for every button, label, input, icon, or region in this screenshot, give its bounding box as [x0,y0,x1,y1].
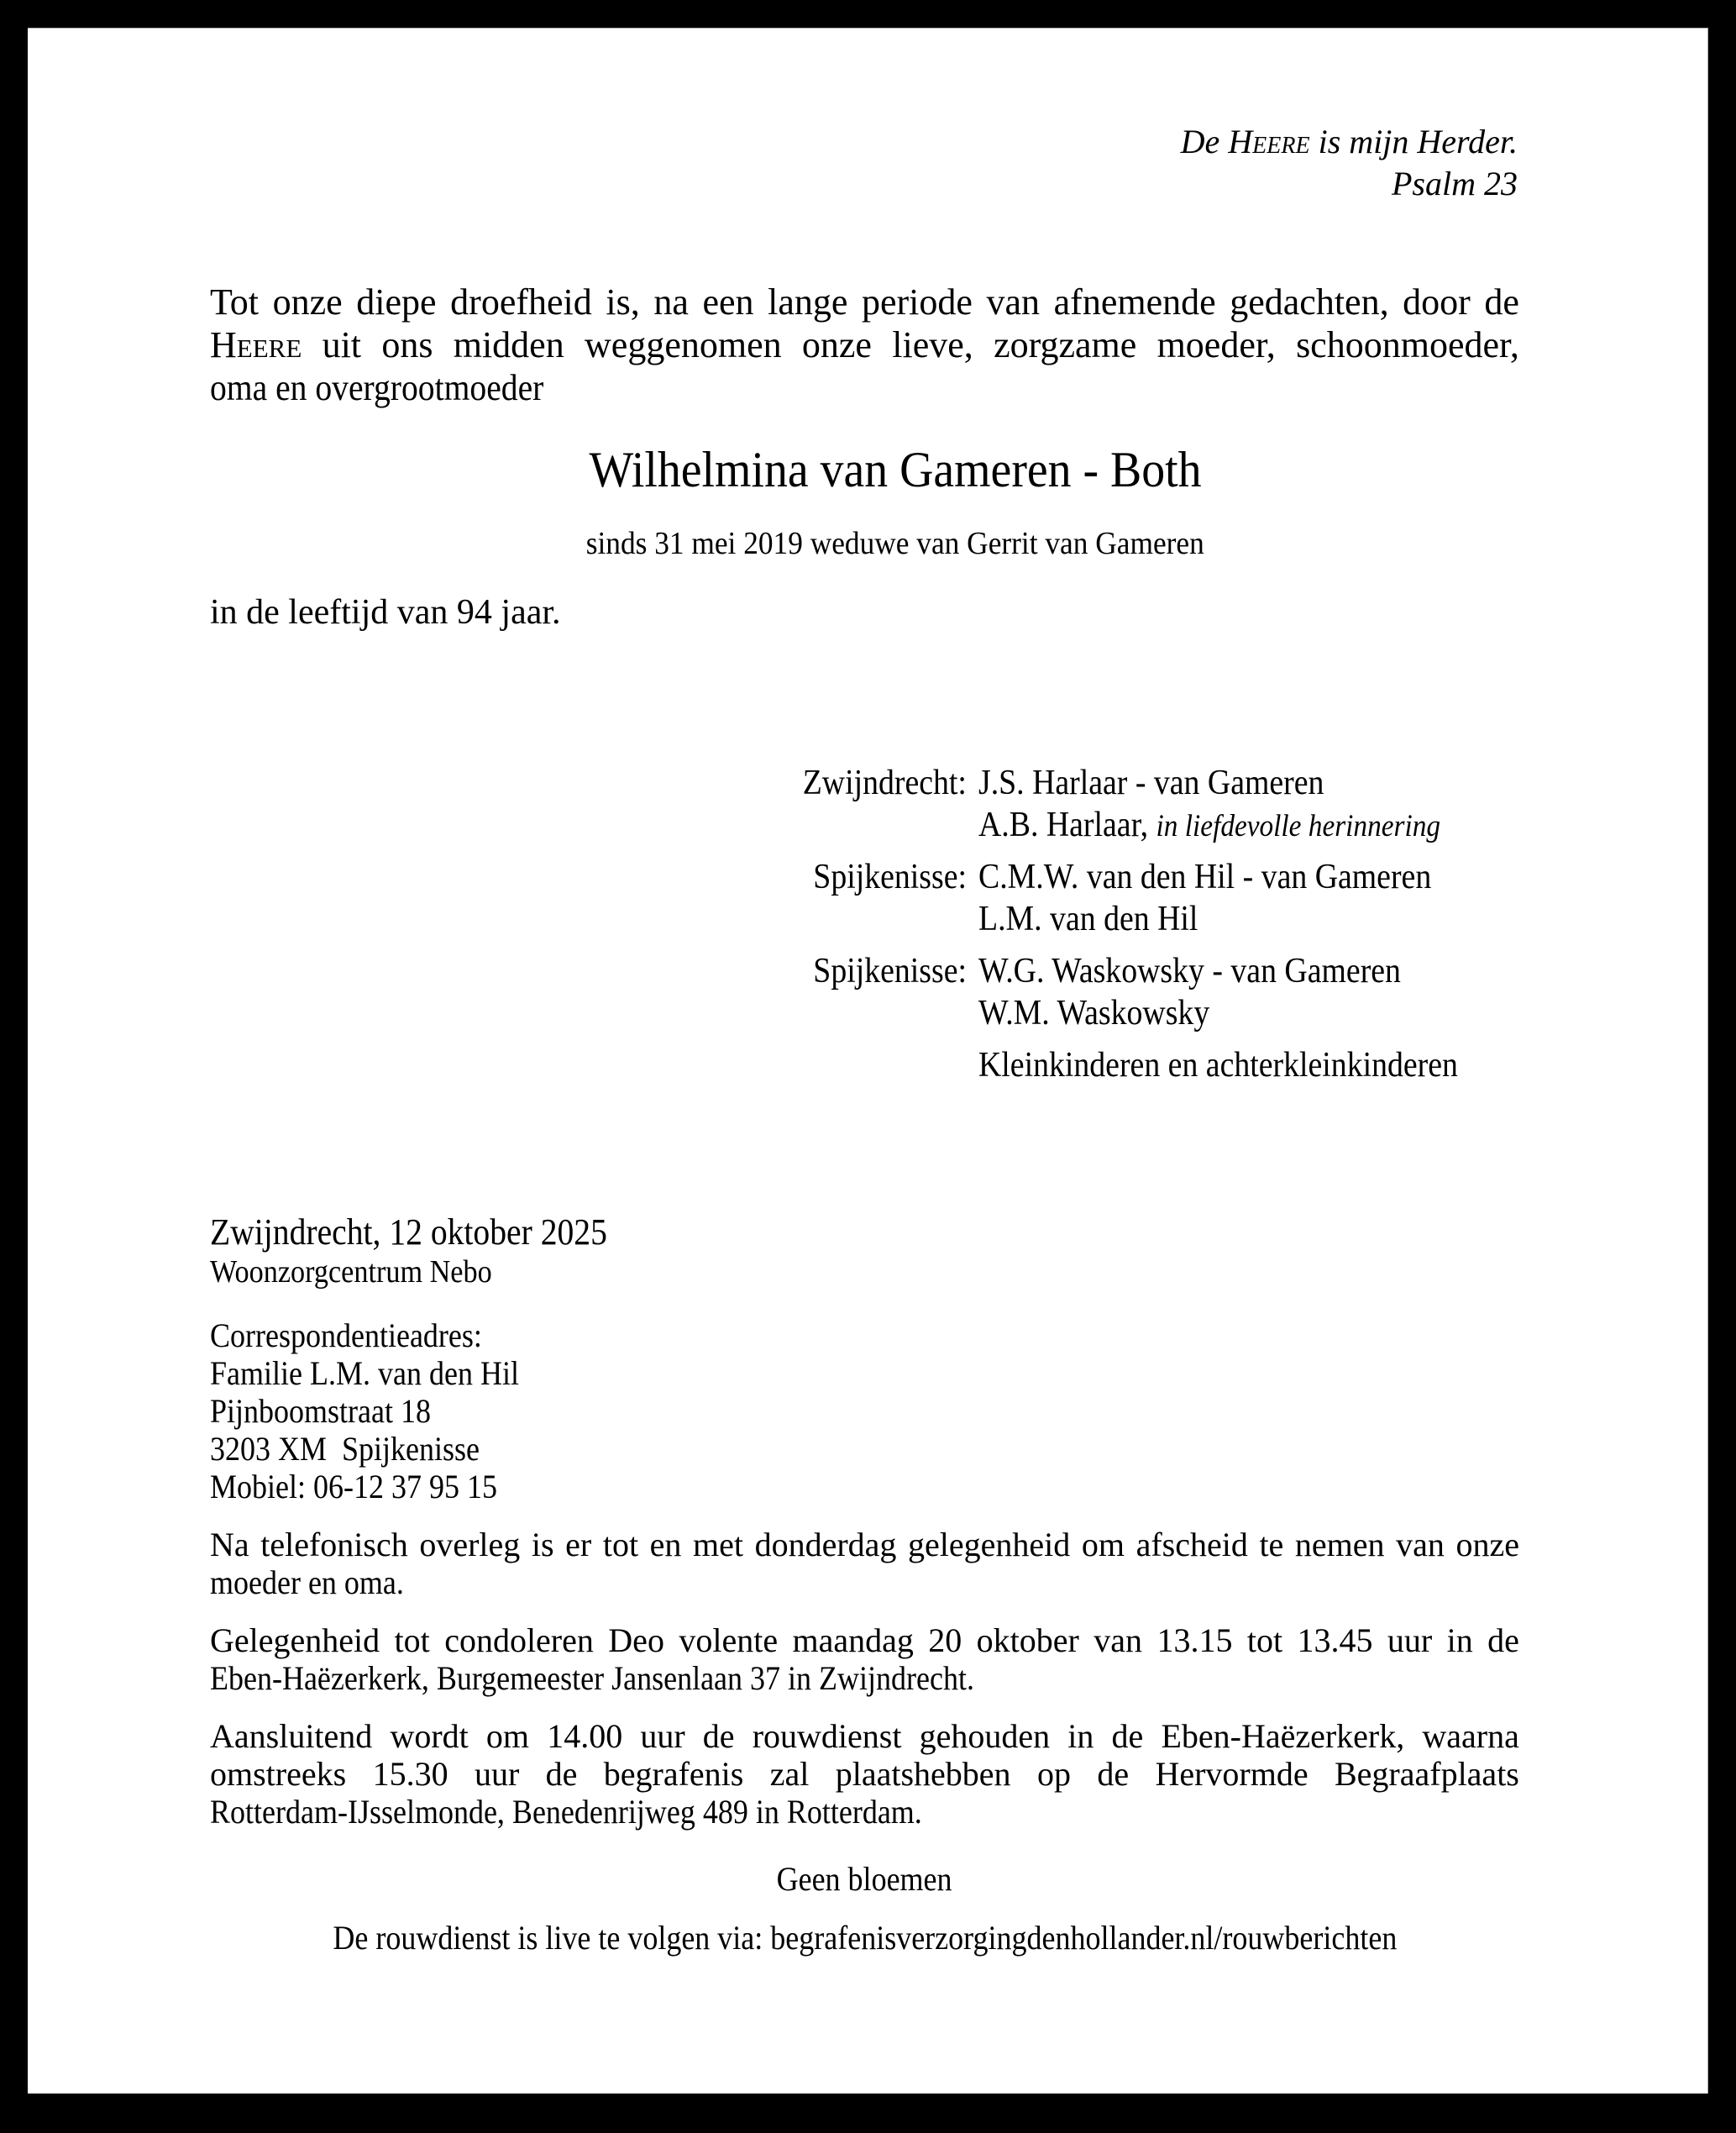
word: omstreeks [210,1755,346,1793]
notice-line: Eben-Haëzerkerk, Burgemeester Jansenlaan… [210,1659,1388,1697]
scripture-motto: De Heere is mijn Herder. Psalm 23 [1181,121,1518,205]
word: Gelegenheid [210,1621,380,1659]
word: van [987,281,1041,323]
notice-line: moeder en oma. [210,1563,1388,1601]
word: ons [381,323,433,366]
word: diepe [356,281,436,323]
family-row: Spijkenisse:C.M.W. van den Hil - van Gam… [448,856,1539,898]
family-place: Zwijndrecht: [448,762,978,804]
word: 14.00 [547,1717,622,1755]
livestream-line: De rouwdienst is live te volgen via: beg… [210,1919,1519,1957]
word: gelegenheid [908,1526,1070,1563]
word: in [1067,1717,1094,1755]
notice-line: Aansluitendwordtom14.00uurderouwdienstge… [210,1717,1519,1755]
word: oktober [977,1621,1079,1659]
word: nemen [1295,1526,1385,1563]
word: Heere [210,323,302,366]
family-list: Zwijndrecht:J.S. Harlaar - van GamerenA.… [448,762,1539,1096]
word: midden [454,323,564,366]
family-member-name: J.S. Harlaar - van Gameren [978,762,1324,804]
intro-line: oma en overgrootmoeder [210,366,1388,409]
word: moeder, [1157,323,1276,366]
word: waarna [1422,1717,1518,1755]
word: plaatshebben [836,1755,1011,1793]
word: is [532,1526,554,1563]
family-place-text: Spijkenisse: [813,856,967,898]
family-member-name: W.G. Waskowsky - van Gameren [978,950,1401,992]
word: een [702,281,753,323]
family-row: W.M. Waskowsky [448,992,1539,1034]
word: lange [768,281,847,323]
family-row: Spijkenisse:W.G. Waskowsky - van Gameren [448,950,1539,992]
family-member-name: L.M. van den Hil [978,898,1198,940]
family-place-text: Zwijndrecht: [803,762,967,804]
motto-reference: Psalm 23 [1181,163,1518,205]
family-place [448,804,978,846]
word: tot [1247,1621,1282,1659]
family-member: A.B. Harlaar, in liefdevolle herinnering [978,804,1492,846]
widow-line: sinds 31 mei 2019 weduwe van Gerrit van … [28,524,1708,563]
word: wordt [390,1717,468,1755]
notice-line: Natelefonischoverlegisertotenmetdonderda… [210,1526,1519,1563]
word: 20 [928,1621,962,1659]
word: van [1094,1621,1142,1659]
family-row: L.M. van den Hil [448,898,1539,940]
word: is, [606,281,639,323]
family-place [448,992,978,1034]
family-member: C.M.W. van den Hil - van Gameren [978,856,1482,898]
word: zorgzame [994,323,1136,366]
family-place [448,898,978,940]
word: de [1484,281,1519,323]
age-line: in de leeftijd van 94 jaar. [210,591,561,633]
notice-paragraph: Aansluitendwordtom14.00uurderouwdienstge… [210,1717,1519,1831]
family-member-note: in liefdevolle herinnering [1156,809,1440,843]
family-member-name: A.B. Harlaar, in liefdevolle herinnering [978,804,1440,848]
family-member: W.M. Waskowsky [978,992,1235,1034]
place-date-line: Zwijndrecht, 12 oktober 2025 [210,1211,607,1253]
intro-paragraph: Totonzediepedroefheidis,naeenlangeperiod… [210,281,1519,409]
word: onze [1455,1526,1519,1563]
address-label: Correspondentieadres: [210,1316,519,1354]
word: condoleren [444,1621,594,1659]
family-member: Kleinkinderen en achterkleinkinderen [978,1044,1511,1086]
word: in [1447,1621,1473,1659]
location-line: Woonzorgcentrum Nebo [210,1253,607,1290]
family-place: Spijkenisse: [448,856,978,898]
word: tot [395,1621,430,1659]
word: om [486,1717,529,1755]
word: uur [1387,1621,1432,1659]
word: Begraafplaats [1335,1755,1519,1793]
family-row: Kleinkinderen en achterkleinkinderen [448,1044,1539,1086]
address-street: Pijnboomstraat 18 [210,1392,519,1430]
word: om [1082,1526,1125,1563]
family-member: J.S. Harlaar - van Gameren [978,762,1362,804]
address-phone: Mobiel: 06-12 37 95 15 [210,1468,519,1505]
family-group: Kleinkinderen en achterkleinkinderen [448,1044,1539,1086]
place-date: Zwijndrecht, 12 oktober 2025 Woonzorgcen… [210,1211,651,1290]
no-flowers: Geen bloemen [210,1860,1519,1899]
word: na [653,281,689,323]
family-member: L.M. van den Hil [978,898,1222,940]
word: periode [862,281,973,323]
word: er [565,1526,591,1563]
word: begrafenis [604,1755,744,1793]
intro-line: Heereuitonsmiddenweggenomenonzelieve,zor… [210,323,1519,366]
word: op [1037,1755,1071,1793]
word: 13.15 [1156,1621,1232,1659]
notice-line: Rotterdam-IJsselmonde, Benedenrijweg 489… [210,1793,1388,1831]
word: 13.45 [1297,1621,1372,1659]
word: afscheid [1136,1526,1248,1563]
family-member-name: W.M. Waskowsky [978,992,1209,1034]
word: Hervormde [1155,1755,1308,1793]
word: maandag [792,1621,913,1659]
family-place [448,1044,978,1086]
word: rouwdienst [753,1717,902,1755]
word: te [1259,1526,1283,1563]
word: 15.30 [373,1755,448,1793]
word: onze [802,323,872,366]
word: schoonmoeder, [1296,323,1519,366]
word: Deo [608,1621,664,1659]
word: de [1487,1621,1519,1659]
word: van [1396,1526,1445,1563]
word: onze [273,281,343,323]
word: gehouden [920,1717,1051,1755]
family-group: Zwijndrecht:J.S. Harlaar - van GamerenA.… [448,762,1539,846]
word: afnemende [1054,281,1216,323]
address-postal-city: 3203 XM Spijkenisse [210,1430,519,1468]
word: Aansluitend [210,1717,372,1755]
family-group: Spijkenisse:C.M.W. van den Hil - van Gam… [448,856,1539,940]
word: de [1112,1717,1144,1755]
family-row: A.B. Harlaar, in liefdevolle herinnering [448,804,1539,846]
family-place-text: Spijkenisse: [813,950,967,992]
word: zal [770,1755,810,1793]
word: weggenomen [585,323,782,366]
notice-line: omstreeks15.30uurdebegrafeniszalplaatshe… [210,1755,1519,1793]
word: lieve, [892,323,973,366]
family-member-name: Kleinkinderen en achterkleinkinderen [978,1044,1458,1086]
word: uur [640,1717,684,1755]
notice-paragraph: GelegenheidtotcondolerenDeovolentemaanda… [210,1621,1519,1697]
notice-card: De Heere is mijn Herder. Psalm 23 Totonz… [28,28,1708,2094]
word: Tot [210,281,259,323]
word: en [650,1526,682,1563]
deceased-name: Wilhelmina van Gameren - Both [28,440,1708,499]
word: met [693,1526,743,1563]
word: droefheid [450,281,592,323]
word: uur [475,1755,519,1793]
word: de [703,1717,735,1755]
word: tot [603,1526,638,1563]
family-group: Spijkenisse:W.G. Waskowsky - van Gameren… [448,950,1539,1034]
notice-paragraph: Natelefonischoverlegisertotenmetdonderda… [210,1526,1519,1601]
word: volente [679,1621,778,1659]
address-name: Familie L.M. van den Hil [210,1354,519,1392]
correspondence-address: Correspondentieadres: Familie L.M. van d… [210,1316,553,1505]
word: door [1403,281,1471,323]
word: overleg [419,1526,520,1563]
motto-line-1: De Heere is mijn Herder. [1181,121,1518,163]
word: donderdag [755,1526,897,1563]
family-member: W.G. Waskowsky - van Gameren [978,950,1448,992]
notice-line: GelegenheidtotcondolerenDeovolentemaanda… [210,1621,1519,1659]
word: de [1097,1755,1129,1793]
word: Na [210,1526,249,1563]
word: telefonisch [260,1526,408,1563]
family-member-name: C.M.W. van den Hil - van Gameren [978,856,1431,898]
word: Eben-Haëzerkerk, [1161,1717,1404,1755]
word: uit [323,323,361,366]
family-place: Spijkenisse: [448,950,978,992]
word: de [546,1755,578,1793]
family-row: Zwijndrecht:J.S. Harlaar - van Gameren [448,762,1539,804]
intro-line: Totonzediepedroefheidis,naeenlangeperiod… [210,281,1519,323]
word: gedachten, [1230,281,1388,323]
